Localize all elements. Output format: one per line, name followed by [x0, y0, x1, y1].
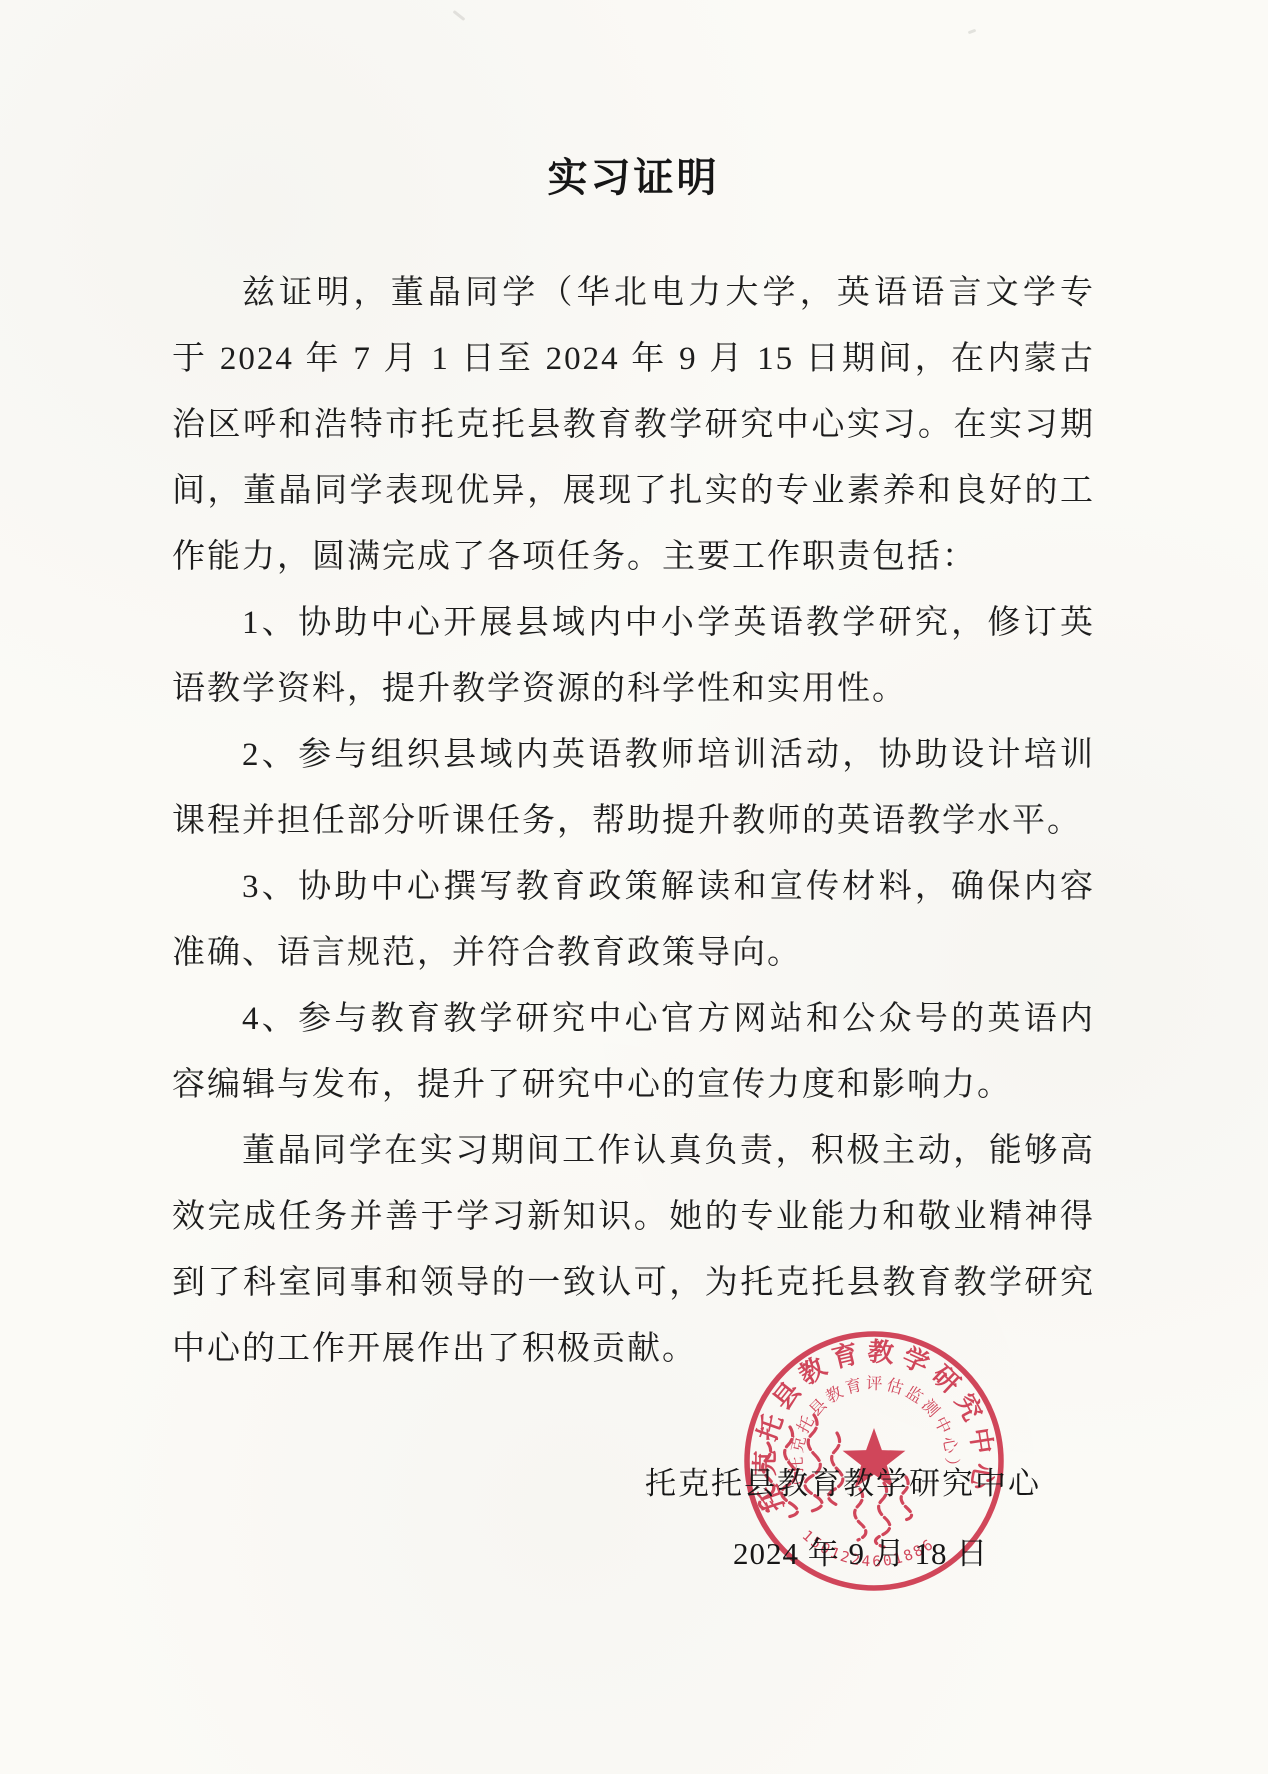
scan-artifact: [968, 29, 977, 35]
body-line: 2、参与组织县域内英语教师培训活动，协助设计培训: [172, 722, 1095, 788]
body-line: 1、协助中心开展县域内中小学英语教学研究，修订英: [172, 590, 1095, 656]
body-line: 4、参与教育教学研究中心官方网站和公众号的英语内: [172, 986, 1095, 1052]
body-line: 课程并担任部分听课任务，帮助提升教师的英语教学水平。: [172, 788, 1095, 854]
scan-artifact: [453, 10, 466, 21]
body-line: 兹证明，董晶同学（华北电力大学，英语语言文学专业）: [172, 260, 1095, 326]
body-line: 效完成任务并善于学习新知识。她的专业能力和敬业精神得: [172, 1184, 1095, 1250]
body-line: 容编辑与发布，提升了研究中心的宣传力度和影响力。: [172, 1052, 1095, 1118]
signature-date: 2024 年 9 月 18 日: [733, 1528, 988, 1573]
body-line: 于 2024 年 7 月 1 日至 2024 年 9 月 15 日期间，在内蒙古…: [172, 326, 1095, 392]
body-line: 治区呼和浩特市托克托县教育教学研究中心实习。在实习期: [172, 392, 1095, 458]
body-line: 间，董晶同学表现优异，展现了扎实的专业素养和良好的工: [172, 458, 1095, 524]
body-line: 董晶同学在实习期间工作认真负责，积极主动，能够高: [172, 1118, 1095, 1184]
certificate-body: 兹证明，董晶同学（华北电力大学，英语语言文学专业） 于 2024 年 7 月 1…: [172, 260, 1095, 1382]
body-line: 作能力，圆满完成了各项任务。主要工作职责包括：: [172, 524, 1095, 590]
body-line: 语教学资料，提升教学资源的科学性和实用性。: [172, 656, 1095, 722]
certificate-page: 实习证明 兹证明，董晶同学（华北电力大学，英语语言文学专业） 于 2024 年 …: [0, 0, 1268, 1774]
page-title: 实习证明: [172, 146, 1095, 203]
body-line: 3、协助中心撰写教育政策解读和宣传材料，确保内容: [172, 854, 1095, 920]
body-line: 到了科室同事和领导的一致认可，为托克托县教育教学研究: [172, 1250, 1095, 1316]
signature-organization: 托克托县教育教学研究中心: [645, 1458, 1041, 1503]
body-line: 准确、语言规范，并符合教育政策导向。: [172, 920, 1095, 986]
